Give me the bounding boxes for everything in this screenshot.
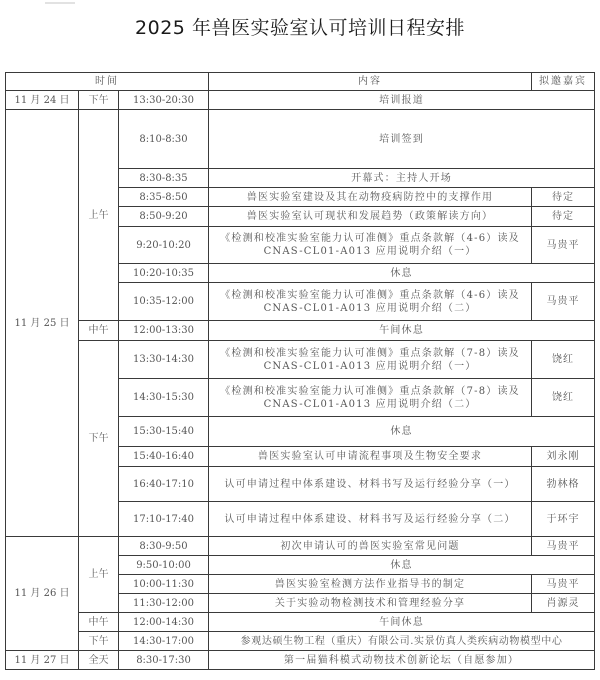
guest-cell: 待定 xyxy=(532,188,595,207)
period-cell: 下午 xyxy=(79,91,119,110)
time-cell: 9:20-10:20 xyxy=(119,227,209,264)
time-cell: 14:30-15:30 xyxy=(119,379,209,417)
content-cell: 午间休息 xyxy=(209,613,595,632)
guest-cell: 马贵平 xyxy=(532,283,595,321)
content-cell: 休息 xyxy=(209,264,595,283)
time-cell: 11:30-12:00 xyxy=(119,594,209,613)
time-cell: 12:00-14:30 xyxy=(119,613,209,632)
time-cell: 10:20-10:35 xyxy=(119,264,209,283)
time-cell: 15:40-16:40 xyxy=(119,447,209,467)
content-cell: 培训报道 xyxy=(209,91,595,110)
content-cell: 开幕式：主持人开场 xyxy=(209,169,595,188)
content-cell: 午间休息 xyxy=(209,321,595,341)
content-cell: 《检测和校准实验室能力认可准侧》重点条款解（4-6）读及 CNAS-CL01-A… xyxy=(209,227,532,264)
time-cell: 9:50-10:00 xyxy=(119,556,209,575)
period-cell: 中午 xyxy=(79,321,119,341)
content-cell: 初次申请认可的兽医实验室常见问题 xyxy=(209,537,532,556)
content-cell: 兽医实验室认可申请流程事项及生物安全要求 xyxy=(209,447,532,467)
time-cell: 8:30-9:50 xyxy=(119,537,209,556)
content-cell: 《检测和校准实验室能力认可准侧》重点条款解（7-8）读及 CNAS-CL01-A… xyxy=(209,379,532,417)
content-cell: 认可申请过程中体系建设、材料书写及运行经验分享（二） xyxy=(209,502,532,537)
table-header-row: 时间 内容 拟邀嘉宾 xyxy=(6,73,595,91)
guest-cell: 饶红 xyxy=(532,379,595,417)
content-cell: 《检测和校准实验室能力认可准侧》重点条款解（4-6）读及 CNAS-CL01-A… xyxy=(209,283,532,321)
time-cell: 8:30-8:35 xyxy=(119,169,209,188)
guest-cell: 勃林格 xyxy=(532,467,595,502)
table-row: 11 月 24 日 下午 13:30-20:30 培训报道 xyxy=(6,91,595,110)
guest-cell: 待定 xyxy=(532,207,595,227)
header-guest: 拟邀嘉宾 xyxy=(532,73,595,91)
period-cell: 下午 xyxy=(79,632,119,651)
time-cell: 14:30-17:00 xyxy=(119,632,209,651)
guest-cell: 肖源灵 xyxy=(532,594,595,613)
period-cell: 全天 xyxy=(79,651,119,670)
time-cell: 10:35-12:00 xyxy=(119,283,209,321)
header-content: 内容 xyxy=(209,73,532,91)
time-cell: 8:50-9:20 xyxy=(119,207,209,227)
date-cell: 11 月 26 日 xyxy=(6,537,79,651)
time-cell: 8:35-8:50 xyxy=(119,188,209,207)
guest-cell: 饶红 xyxy=(532,341,595,379)
schedule-table: 时间 内容 拟邀嘉宾 11 月 24 日 下午 13:30-20:30 培训报道… xyxy=(5,72,595,670)
content-cell: 休息 xyxy=(209,417,595,447)
content-cell: 《检测和校准实验室能力认可准侧》重点条款解（7-8）读及 CNAS-CL01-A… xyxy=(209,341,532,379)
content-cell: 关于实验动物检测技术和管理经验分享 xyxy=(209,594,532,613)
period-cell: 中午 xyxy=(79,613,119,632)
content-cell: 参观达硕生物工程（重庆）有限公司.实景仿真人类疾病动物模型中心 xyxy=(209,632,595,651)
guest-cell: 马贵平 xyxy=(532,227,595,264)
table-row: 11 月 27 日 全天 8:30-17:30 第一届猫科模式动物技术创新论坛（… xyxy=(6,651,595,670)
document-title: 2025 年兽医实验室认可培训日程安排 xyxy=(0,13,600,40)
period-cell: 上午 xyxy=(79,110,119,321)
table-row: 中午 12:00-13:30 午间休息 xyxy=(6,321,595,341)
content-cell: 休息 xyxy=(209,556,595,575)
guest-cell: 刘永刚 xyxy=(532,447,595,467)
time-cell: 15:30-15:40 xyxy=(119,417,209,447)
date-cell: 11 月 24 日 xyxy=(6,91,79,110)
page-top-mark xyxy=(45,0,75,4)
time-cell: 13:30-14:30 xyxy=(119,341,209,379)
table-row: 下午 14:30-17:00 参观达硕生物工程（重庆）有限公司.实景仿真人类疾病… xyxy=(6,632,595,651)
content-cell: 第一届猫科模式动物技术创新论坛（自愿参加） xyxy=(209,651,595,670)
guest-cell: 马贵平 xyxy=(532,537,595,556)
date-cell: 11 月 25 日 xyxy=(6,110,79,537)
content-cell: 兽医实验室认可现状和发展趋势（政策解读方向） xyxy=(209,207,532,227)
time-cell: 8:30-17:30 xyxy=(119,651,209,670)
table-row: 11 月 25 日 上午 8:10-8:30 培训签到 xyxy=(6,110,595,169)
content-cell: 兽医实验室检测方法作业指导书的制定 xyxy=(209,575,532,594)
period-cell: 上午 xyxy=(79,537,119,613)
content-cell: 认可申请过程中体系建设、材料书写及运行经验分享（一） xyxy=(209,467,532,502)
time-cell: 8:10-8:30 xyxy=(119,110,209,169)
guest-cell: 马贵平 xyxy=(532,575,595,594)
content-cell: 兽医实验室建设及其在动物疫病防控中的支撑作用 xyxy=(209,188,532,207)
period-cell: 下午 xyxy=(79,341,119,537)
time-cell: 16:40-17:10 xyxy=(119,467,209,502)
time-cell: 13:30-20:30 xyxy=(119,91,209,110)
table-row: 11 月 26 日 上午 8:30-9:50 初次申请认可的兽医实验室常见问题 … xyxy=(6,537,595,556)
date-cell: 11 月 27 日 xyxy=(6,651,79,670)
content-cell: 培训签到 xyxy=(209,110,595,169)
time-cell: 12:00-13:30 xyxy=(119,321,209,341)
time-cell: 17:10-17:40 xyxy=(119,502,209,537)
table-row: 下午 13:30-14:30 《检测和校准实验室能力认可准侧》重点条款解（7-8… xyxy=(6,341,595,379)
guest-cell: 于环宇 xyxy=(532,502,595,537)
header-time: 时间 xyxy=(6,73,209,91)
time-cell: 10:00-11:30 xyxy=(119,575,209,594)
table-row: 中午 12:00-14:30 午间休息 xyxy=(6,613,595,632)
